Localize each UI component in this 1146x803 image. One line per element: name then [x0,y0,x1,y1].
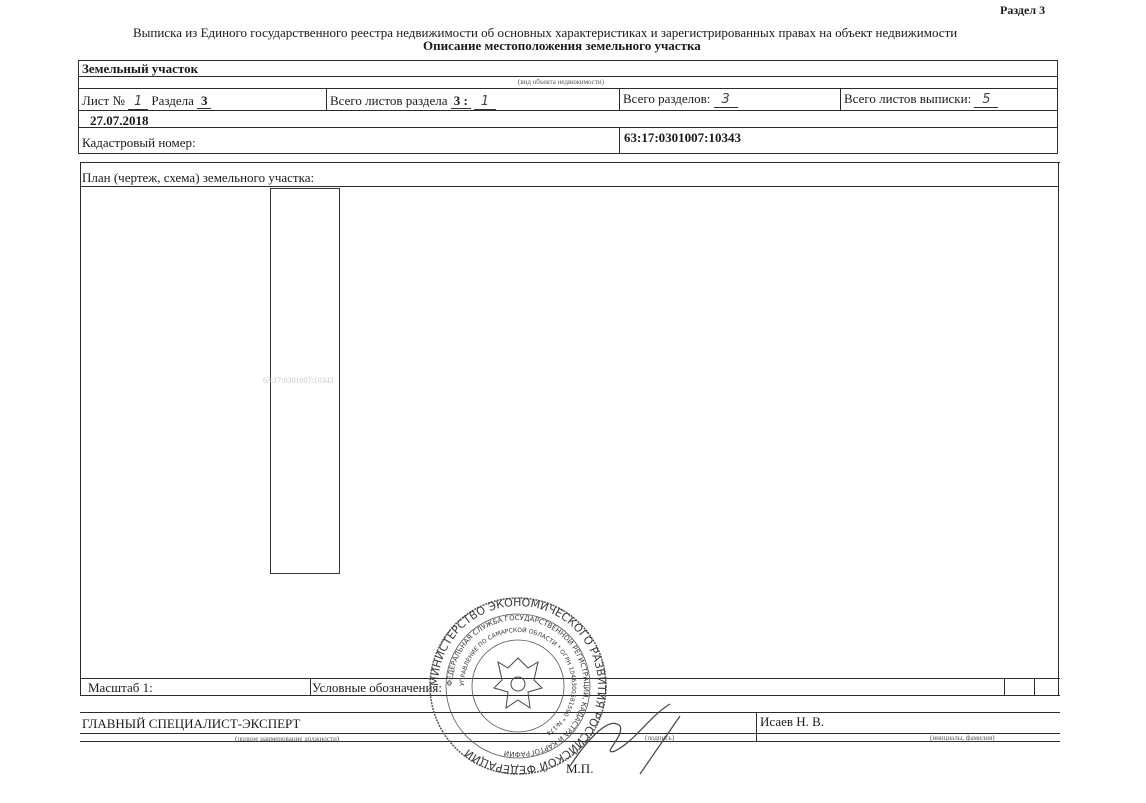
parcel-outline: 63:17:0301007:10343 [270,188,340,574]
legend-label: Условные обозначения: [312,681,442,695]
total-sheets-section-value: 1 [474,95,496,110]
name-caption: (инициалы, фамилия) [930,734,995,742]
statement-date: 27.07.2018 [90,114,149,128]
svg-text:ФЕДЕРАЛЬНАЯ СЛУЖБА ГОСУДАРСТВЕ: ФЕДЕРАЛЬНАЯ СЛУЖБА ГОСУДАРСТВЕННОЙ РЕГИС… [446,614,590,758]
total-sheets-section-field: Всего листов раздела 3 : 1 [330,94,496,110]
cadastral-number: 63:17:0301007:10343 [624,131,741,145]
total-sections-field: Всего разделов: 3 [623,92,738,108]
parcel-label: 63:17:0301007:10343 [263,374,334,388]
total-sheets-statement-field: Всего листов выписки: 5 [844,92,998,108]
sheet-number-value: 1 [128,95,148,110]
position-title: ГЛАВНЫЙ СПЕЦИАЛИСТ-ЭКСПЕРТ [82,717,300,731]
svg-text:МИНИСТЕРСТВО ЭКОНОМИЧЕСКОГО РА: МИНИСТЕРСТВО ЭКОНОМИЧЕСКОГО РАЗВИТИЯ РОС… [428,596,608,776]
position-caption: (полное наименование должности) [235,735,339,743]
cadastral-label: Кадастровый номер: [82,136,196,150]
sheet-number-field: Лист № 1 Раздела 3 [82,94,211,110]
signer-name: Исаев Н. В. [760,715,824,729]
object-type: Земельный участок [82,62,198,76]
total-sheets-statement-value: 5 [974,93,998,108]
scale-label: Масштаб 1: [88,681,153,695]
object-type-caption: (вид объекта недвижимости) [518,78,604,86]
section-number-value: 3 [197,94,211,109]
official-stamp-icon: МИНИСТЕРСТВО ЭКОНОМИЧЕСКОГО РАЗВИТИЯ РОС… [428,596,608,776]
total-sections-value: 3 [714,93,738,108]
plan-title: План (чертеж, схема) земельного участка: [82,171,314,185]
section-label: Раздел 3 [1000,3,1045,17]
info-table: Земельный участок (вид объекта недвижимо… [78,60,1058,154]
document-subtitle: Описание местоположения земельного участ… [423,39,701,53]
svg-text:УПРАВЛЕНИЕ ПО САМАРСКОЙ ОБЛАСТ: УПРАВЛЕНИЕ ПО САМАРСКОЙ ОБЛАСТИ * ОГРН 1… [459,627,577,737]
